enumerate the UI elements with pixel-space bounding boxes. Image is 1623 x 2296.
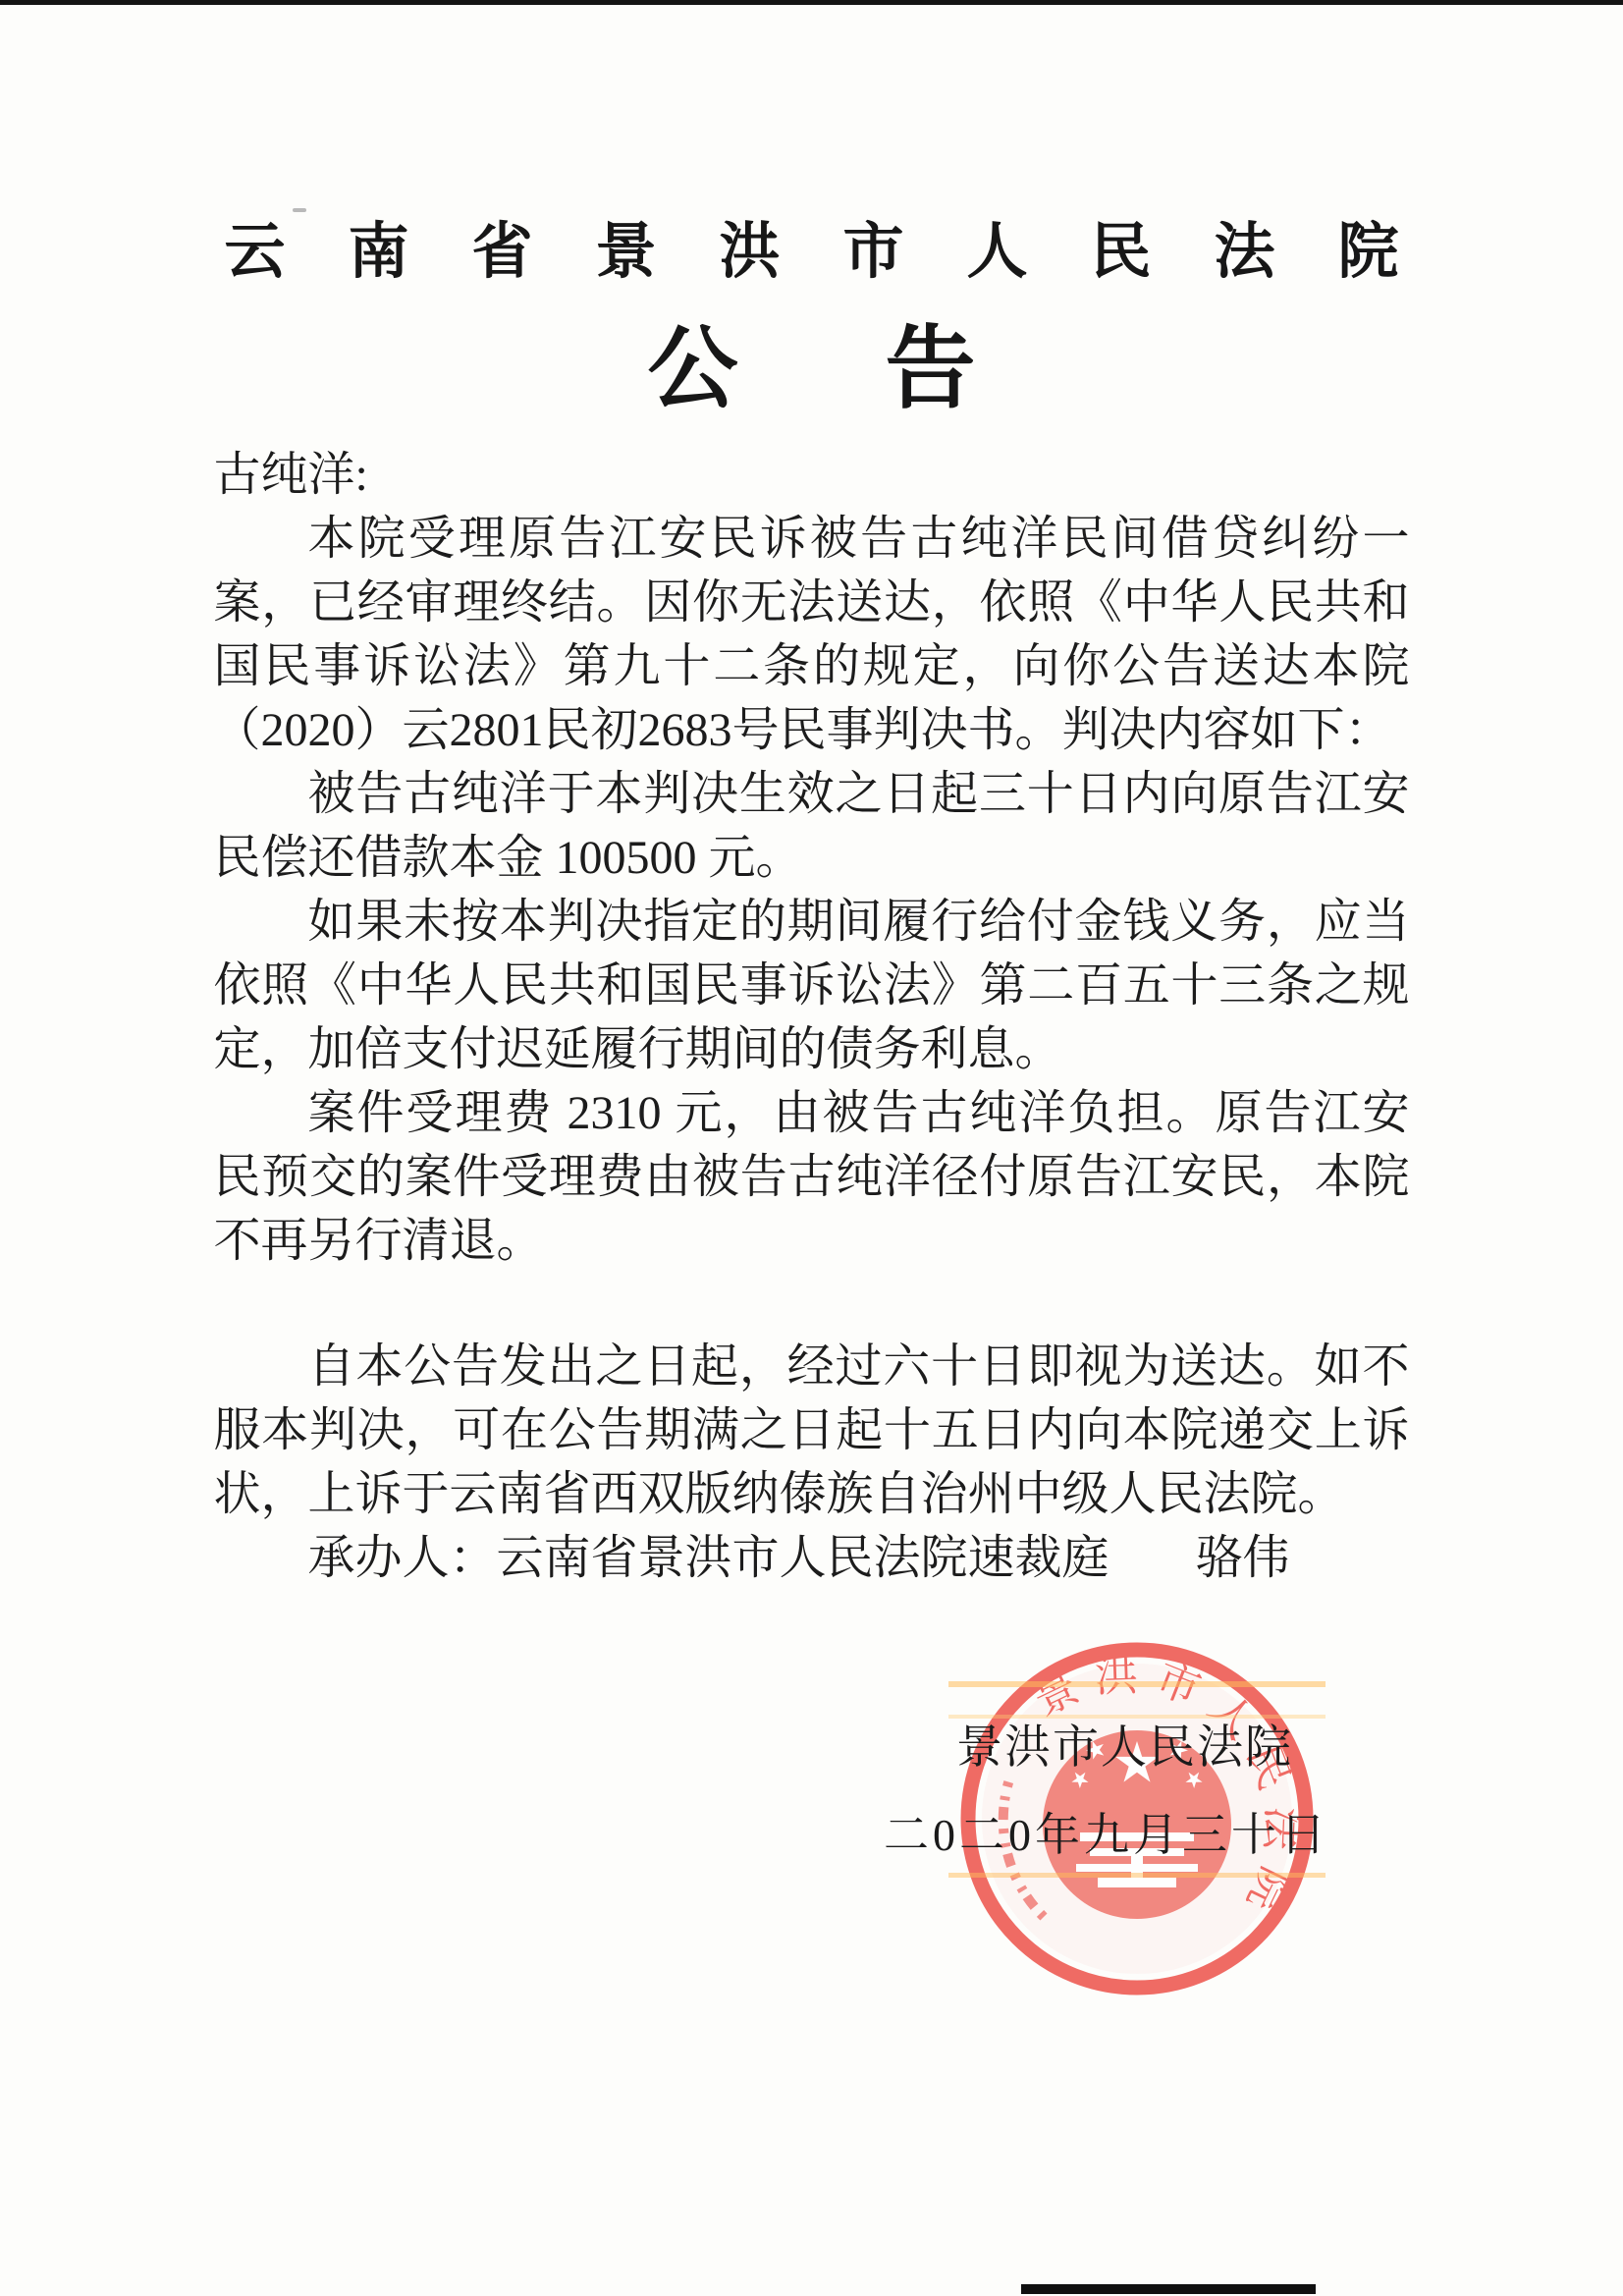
scan-stripe: [948, 1873, 1325, 1878]
paragraph-fees: 案件受理费 2310 元，由被告古纯洋负担。原告江安民预交的案件受理费由被告古纯…: [214, 1081, 1410, 1273]
document-page: 云南省景洪市人民法院 公告 古纯洋: 本院受理原告江安民诉被告古纯洋民间借贷纠纷…: [0, 0, 1623, 2296]
document-body: 古纯洋: 本院受理原告江安民诉被告古纯洋民间借贷纠纷一案，已经审理终结。因你无法…: [214, 443, 1410, 1590]
signature-court-name: 景洪市人民法院: [956, 1711, 1293, 1777]
scan-artifact-dot: [293, 208, 306, 212]
page-title-court: 云南省景洪市人民法院: [0, 222, 1623, 283]
scan-artifact-bottom-edge: [1021, 2284, 1316, 2294]
handler-division: 云南省景洪市人民法院速裁庭: [497, 1532, 1109, 1584]
handler-label: 承办人：: [308, 1532, 497, 1584]
paragraph-judgment: 被告古纯洋于本判决生效之日起三十日内向原告江安民偿还借款本金 100500 元。: [214, 762, 1410, 890]
handler-judge-name: 骆伟: [1196, 1532, 1290, 1584]
salutation: 古纯洋:: [214, 443, 1410, 507]
signature-date: 二0二0年九月三十日: [884, 1799, 1329, 1864]
scan-stripe: [948, 1681, 1325, 1687]
paragraph-case-acceptance: 本院受理原告江安民诉被告古纯洋民间借贷纠纷一案，已经审理终结。因你无法送达，依照…: [214, 507, 1410, 762]
scan-artifact-top-edge: [0, 0, 1623, 5]
page-title-doc-type: 公告: [0, 322, 1623, 417]
paragraph-penalty: 如果未按本判决指定的期间履行给付金钱义务，应当依照《中华人民共和国民事诉讼法》第…: [214, 890, 1410, 1081]
paragraph-appeal: 自本公告发出之日起，经过六十日即视为送达。如不服本判决，可在公告期满之日起十五日…: [214, 1335, 1410, 1526]
handler-line: 承办人：云南省景洪市人民法院速裁庭骆伟: [214, 1526, 1410, 1590]
